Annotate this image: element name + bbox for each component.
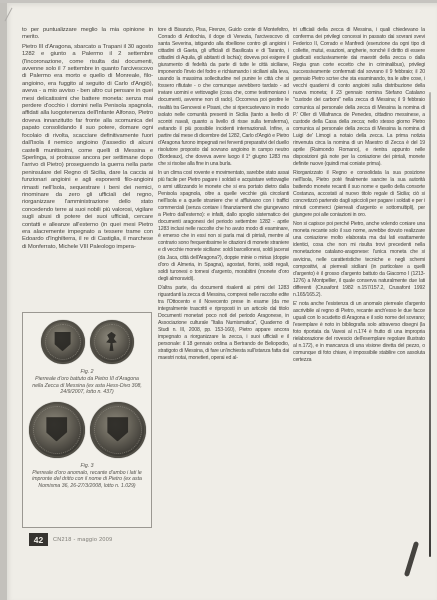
page-number-badge: 42 — [29, 533, 48, 546]
paragraph: Riorganizzato il Regno e consolidata la … — [293, 170, 425, 219]
figure-caption: Fig. 2 Pierreale d'oro battuto da Pietro… — [30, 369, 144, 396]
paragraph: to per puntualizzare meglio la mia opini… — [22, 27, 153, 42]
paragraph: E' nota anche l'esistenza di un anomalo … — [293, 301, 425, 364]
scanned-magazine-page: to per puntualizzare meglio la mia opini… — [0, 0, 437, 600]
figure-box: Fig. 2 Pierreale d'oro battuto da Pietro… — [22, 312, 152, 528]
figure-caption: Fig. 3 Pierreale d'oro anomalo, recante … — [30, 463, 144, 490]
coin-photo-obverse — [41, 320, 85, 364]
page-footer: 42 CN218 - maggio 2009 — [29, 533, 113, 546]
coin-photo-reverse — [90, 320, 134, 364]
paragraph: Pietro III d'Aragona, sbarcato a Trapani… — [22, 44, 153, 251]
fig2-coin-row — [41, 320, 134, 364]
figure-caption-text: Pierreale d'oro anomalo, recante d'ambo … — [32, 470, 142, 489]
paragraph: tri ufficiali della zecca di Messina, i … — [293, 27, 425, 168]
paragraph: tore di Bisanzio, Pisa, Firenze, Guido c… — [158, 27, 289, 168]
paragraph: In un clima così rovente e movimentato, … — [158, 170, 289, 283]
paragraph: D'altra parte, da documenti risalenti ai… — [158, 285, 289, 363]
text-column-2: tore di Bisanzio, Pisa, Firenze, Guido c… — [158, 27, 289, 545]
coin-photo-reverse — [90, 402, 146, 458]
figure-label: Fig. 2 — [30, 369, 144, 375]
figure-label: Fig. 3 — [30, 463, 144, 469]
text-column-1: to per puntualizzare meglio la mia opini… — [22, 27, 153, 310]
figure-caption-text: Pierreale d'oro battuto da Pietro III d'… — [32, 376, 142, 395]
issue-label: CN218 - maggio 2009 — [53, 537, 113, 543]
coin-photo-obverse — [29, 402, 85, 458]
fig3-coin-row — [29, 402, 146, 458]
text-column-3: tri ufficiali della zecca di Messina, i … — [293, 27, 425, 545]
paragraph: Non si capisce poi perché Pietro, anche … — [293, 221, 425, 299]
scan-edge-line — [429, 92, 431, 557]
